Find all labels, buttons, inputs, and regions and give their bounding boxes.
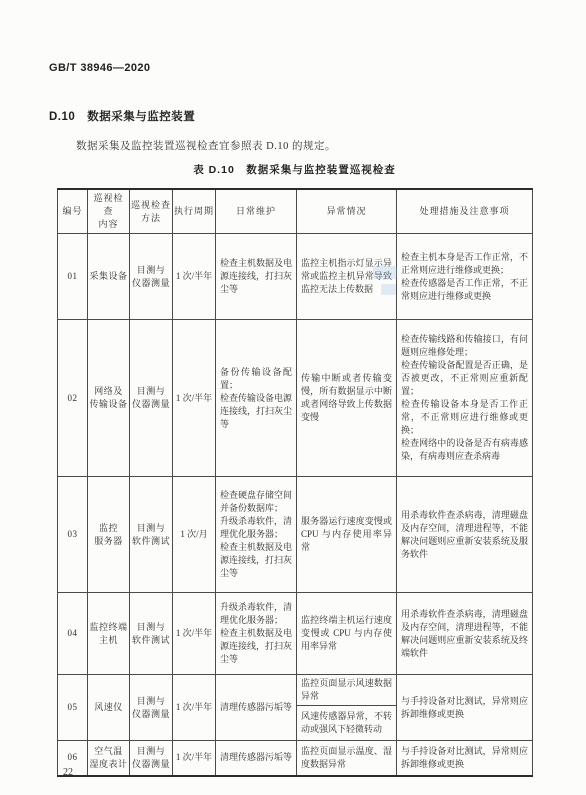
cell-line: 升级杀毒软件，清理优化服务器； <box>220 515 292 541</box>
cell-treatment: 与手持设备对比测试，异常则应拆卸维修或更换 <box>397 675 533 741</box>
cell-line: 检查硬盘存储空间并备份数据库； <box>220 489 292 515</box>
cell-maintenance: 清理传感器污垢等 <box>216 741 297 776</box>
cell-content: 监控 服务器 <box>88 477 130 593</box>
col-header-period: 执行周期 <box>173 189 216 234</box>
cell-content: 风速仪 <box>88 675 130 741</box>
cell-line: 与手持设备对比测试，异常则应拆卸维修或更换 <box>401 745 528 771</box>
cell-treatment: 用杀毒软件查杀病毒，清理磁盘及内存空间，清理进程等，不能解决问题则应重新安装系统… <box>397 477 533 593</box>
cell-period: 1 次/半年 <box>173 741 216 776</box>
cell-method: 目测与 软件测试 <box>130 593 173 675</box>
cell-line: 检查主机数据及电源连接线，打扫灰尘等 <box>220 627 292 666</box>
cell-abnormal: 传输中断或者传输变慢，所有数据显示中断或者网络导致上传数据变慢 <box>297 320 397 477</box>
cell-abnormal: 监控页面显示温度、湿度数据异常 <box>297 741 397 776</box>
table-row: 06空气温 湿度表计目测与 仪器测量1 次/半年清理传感器污垢等监控页面显示温度… <box>58 741 533 776</box>
cell-line: 检查传输设备电源连接线，打扫灰尘等 <box>220 392 292 431</box>
cell-abnormal: 服务器运行速度变慢或 CPU 与内存使用率异常 <box>297 477 397 593</box>
cell-line: 监控页面显示温度、湿度数据异常 <box>301 745 392 771</box>
cell-method: 目测与 仪器测量 <box>130 320 173 477</box>
cell-abnormal: 监控页面显示风速数据异常 <box>297 675 397 706</box>
cell-period: 1 次/半年 <box>173 593 216 675</box>
cell-abnormal: 风速传感器异常，不转动或强风下轻微转动 <box>297 706 397 741</box>
cell-line: 与手持设备对比测试，异常则应拆卸维修或更换 <box>401 695 528 721</box>
cell-line: 风速传感器异常，不转动或强风下轻微转动 <box>301 710 392 736</box>
cell-line: 检查传输线路和传输接口，有问题则应维修处理； <box>401 333 528 359</box>
cell-line: 用杀毒软件查杀病毒，清理磁盘及内存空间，清理进程等，不能解决问题则应重新安装系统… <box>401 509 528 561</box>
table-row: 03监控 服务器目测与 软件测试1 次/月检查硬盘存储空间并备份数据库；升级杀毒… <box>58 477 533 593</box>
col-header-content: 巡视检查 内容 <box>88 189 130 234</box>
cell-id: 01 <box>58 234 88 320</box>
cell-method: 目测与 仪器测量 <box>130 741 173 776</box>
table-row: 05风速仪目测与 仪器测量1 次/半年清理传感器污垢等监控页面显示风速数据异常与… <box>58 675 533 706</box>
section-heading: D.10 数据采集与监控装置 <box>49 108 195 124</box>
cell-treatment: 与手持设备对比测试，异常则应拆卸维修或更换 <box>397 741 533 776</box>
table-caption: 表 D.10 数据采集与监控装置巡视检查 <box>57 162 532 177</box>
col-header-maintenance: 日常维护 <box>216 189 297 234</box>
cell-line: 传输中断或者传输变慢，所有数据显示中断或者网络导致上传数据变慢 <box>301 372 392 424</box>
cell-line: 清理传感器污垢等 <box>220 701 292 714</box>
table-header-row: 编号 巡视检查 内容 巡视检查 方法 执行周期 日常维护 异常情况 处理措施及注… <box>58 189 533 234</box>
cell-line: 检查传输设备配置是否正确，是否被更改，不正常则应重新配置； <box>401 359 528 398</box>
cell-id: 04 <box>58 593 88 675</box>
cell-period: 1 次/半年 <box>173 320 216 477</box>
cell-maintenance: 清理传感器污垢等 <box>216 675 297 741</box>
cell-content: 采集设备 <box>88 234 130 320</box>
cell-abnormal: 监控终端主机运行速度变慢或 CPU 与内存使用率异常 <box>297 593 397 675</box>
cell-id: 03 <box>58 477 88 593</box>
table-row: 04监控终端 主机目测与 软件测试1 次/半年升级杀毒软件，清理优化服务器；检查… <box>58 593 533 675</box>
cell-maintenance: 升级杀毒软件，清理优化服务器；检查主机数据及电源连接线，打扫灰尘等 <box>216 593 297 675</box>
cell-content: 网络及 传输设备 <box>88 320 130 477</box>
cell-period: 1 次/半年 <box>173 234 216 320</box>
running-header: GB/T 38946—2020 <box>49 62 150 74</box>
document-page: GB/T 38946—2020 D.10 数据采集与监控装置 数据采集及监控装置… <box>0 0 586 795</box>
col-header-id: 编号 <box>58 189 88 234</box>
cell-maintenance: 检查硬盘存储空间并备份数据库；升级杀毒软件，清理优化服务器；检查主机数据及电源连… <box>216 477 297 593</box>
table-row: 02网络及 传输设备目测与 仪器测量1 次/半年备份传输设备配置；检查传输设备电… <box>58 320 533 477</box>
cell-line: 用杀毒软件查杀病毒，清理磁盘及内存空间，清理进程等，不能解决问题则应重新安装系统… <box>401 608 528 660</box>
inspection-table: 编号 巡视检查 内容 巡视检查 方法 执行周期 日常维护 异常情况 处理措施及注… <box>57 188 533 777</box>
scan-artifact <box>381 284 396 295</box>
cell-line: 检查主机本身是否工作正常，不正常则应进行维修或更换； <box>401 251 528 277</box>
cell-line: 清理传感器污垢等 <box>220 751 292 764</box>
cell-id: 05 <box>58 675 88 741</box>
cell-content: 监控终端 主机 <box>88 593 130 675</box>
cell-period: 1 次/月 <box>173 477 216 593</box>
cell-line: 监控终端主机运行速度变慢或 CPU 与内存使用率异常 <box>301 614 392 653</box>
cell-treatment: 检查主机本身是否工作正常，不正常则应进行维修或更换；检查传感器是否工作正常，不正… <box>397 234 533 320</box>
cell-line: 服务器运行速度变慢或 CPU 与内存使用率异常 <box>301 515 392 554</box>
cell-line: 检查传输设备本身是否工作正常，不正常则应进行维修或更换； <box>401 398 528 437</box>
col-header-method: 巡视检查 方法 <box>130 189 173 234</box>
cell-content: 空气温 湿度表计 <box>88 741 130 776</box>
cell-method: 目测与 软件测试 <box>130 477 173 593</box>
scan-artifact <box>373 266 397 279</box>
cell-line: 检查网络中的设备是否有病毒感染，有病毒则应查杀病毒 <box>401 437 528 463</box>
cell-period: 1 次/半年 <box>173 675 216 741</box>
cell-method: 目测与 仪器测量 <box>130 234 173 320</box>
col-header-treatment: 处理措施及注意事项 <box>397 189 533 234</box>
cell-maintenance: 检查主机数据及电源连接线，打扫灰尘等 <box>216 234 297 320</box>
cell-line: 检查主机数据及电源连接线，打扫灰尘等 <box>220 541 292 580</box>
cell-treatment: 检查传输线路和传输接口，有问题则应维修处理；检查传输设备配置是否正确，是否被更改… <box>397 320 533 477</box>
cell-maintenance: 备份传输设备配置；检查传输设备电源连接线，打扫灰尘等 <box>216 320 297 477</box>
table-row: 01采集设备目测与 仪器测量1 次/半年检查主机数据及电源连接线，打扫灰尘等监控… <box>58 234 533 320</box>
cell-method: 目测与 仪器测量 <box>130 675 173 741</box>
section-paragraph: 数据采集及监控装置巡视检查宜参照表 D.10 的规定。 <box>76 138 532 153</box>
cell-line: 检查传感器是否工作正常，不正常则应进行维修或更换 <box>401 277 528 303</box>
cell-id: 02 <box>58 320 88 477</box>
page-number: 22 <box>63 767 73 778</box>
cell-line: 检查主机数据及电源连接线，打扫灰尘等 <box>220 257 292 296</box>
cell-line: 备份传输设备配置； <box>220 366 292 392</box>
cell-line: 监控页面显示风速数据异常 <box>301 677 392 703</box>
col-header-abnormal: 异常情况 <box>297 189 397 234</box>
cell-line: 升级杀毒软件，清理优化服务器； <box>220 601 292 627</box>
cell-treatment: 用杀毒软件查杀病毒，清理磁盘及内存空间，清理进程等，不能解决问题则应重新安装系统… <box>397 593 533 675</box>
